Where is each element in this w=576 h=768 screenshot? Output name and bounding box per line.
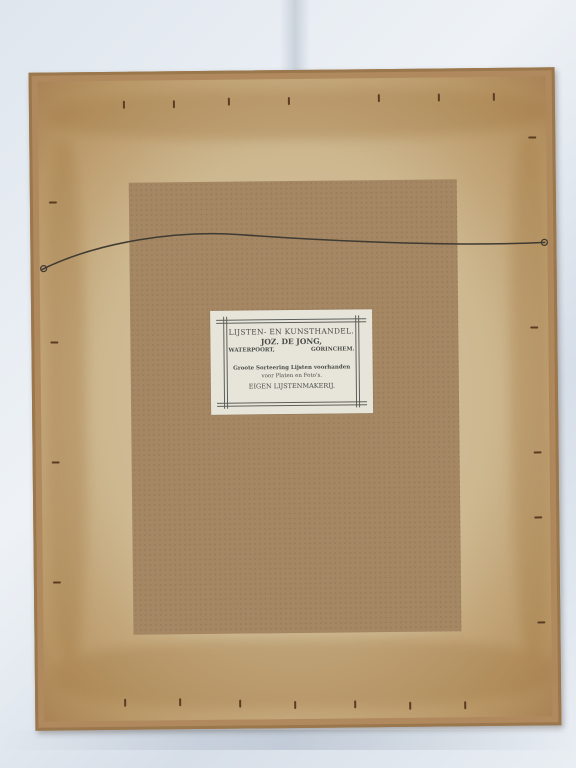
nail [438,93,440,101]
nail [124,699,126,707]
paper-backing: LIJSTEN- EN KUNSTHANDEL. JOZ. DE JONG, W… [38,76,553,721]
nail [179,698,181,706]
nail [288,97,290,105]
nail [493,93,495,101]
hanging-wire [38,76,560,301]
label-street: WATERPOORT, [228,347,274,353]
nail [228,98,230,106]
nail [534,516,542,518]
nail [52,461,60,463]
framer-label: LIJSTEN- EN KUNSTHANDEL. JOZ. DE JONG, W… [210,309,373,415]
nail [50,341,58,343]
nail [534,451,542,453]
nail [294,701,296,709]
rule [216,321,366,324]
label-workshop: EIGEN LIJSTENMAKERIJ. [211,381,373,391]
label-title: LIJSTEN- EN KUNSTHANDEL. [210,326,372,337]
sheet-fold [280,0,310,80]
nail [53,581,61,583]
nail [537,621,545,623]
nail [464,701,466,709]
rule [217,404,367,407]
nail [528,136,536,138]
sheet-fold [0,730,576,750]
label-proprietor: JOZ. DE JONG, [210,336,372,347]
rule [217,401,367,404]
label-address: WATERPOORT, GORINCHEM. [228,346,354,353]
nail [378,94,380,102]
nail [239,700,241,708]
nail [123,101,125,109]
nail [530,326,538,328]
label-assortment: Groote Sorteering Lijsten voorhanden [211,364,373,372]
picture-frame-back: LIJSTEN- EN KUNSTHANDEL. JOZ. DE JONG, W… [29,67,562,730]
nail [354,700,356,708]
label-city: GORINCHEM. [311,346,354,352]
label-for-prints: voor Platen en Foto's. [211,372,373,380]
stain [54,636,555,711]
nail [173,100,175,108]
rule [216,318,366,321]
nail [49,201,57,203]
nail [409,702,411,710]
